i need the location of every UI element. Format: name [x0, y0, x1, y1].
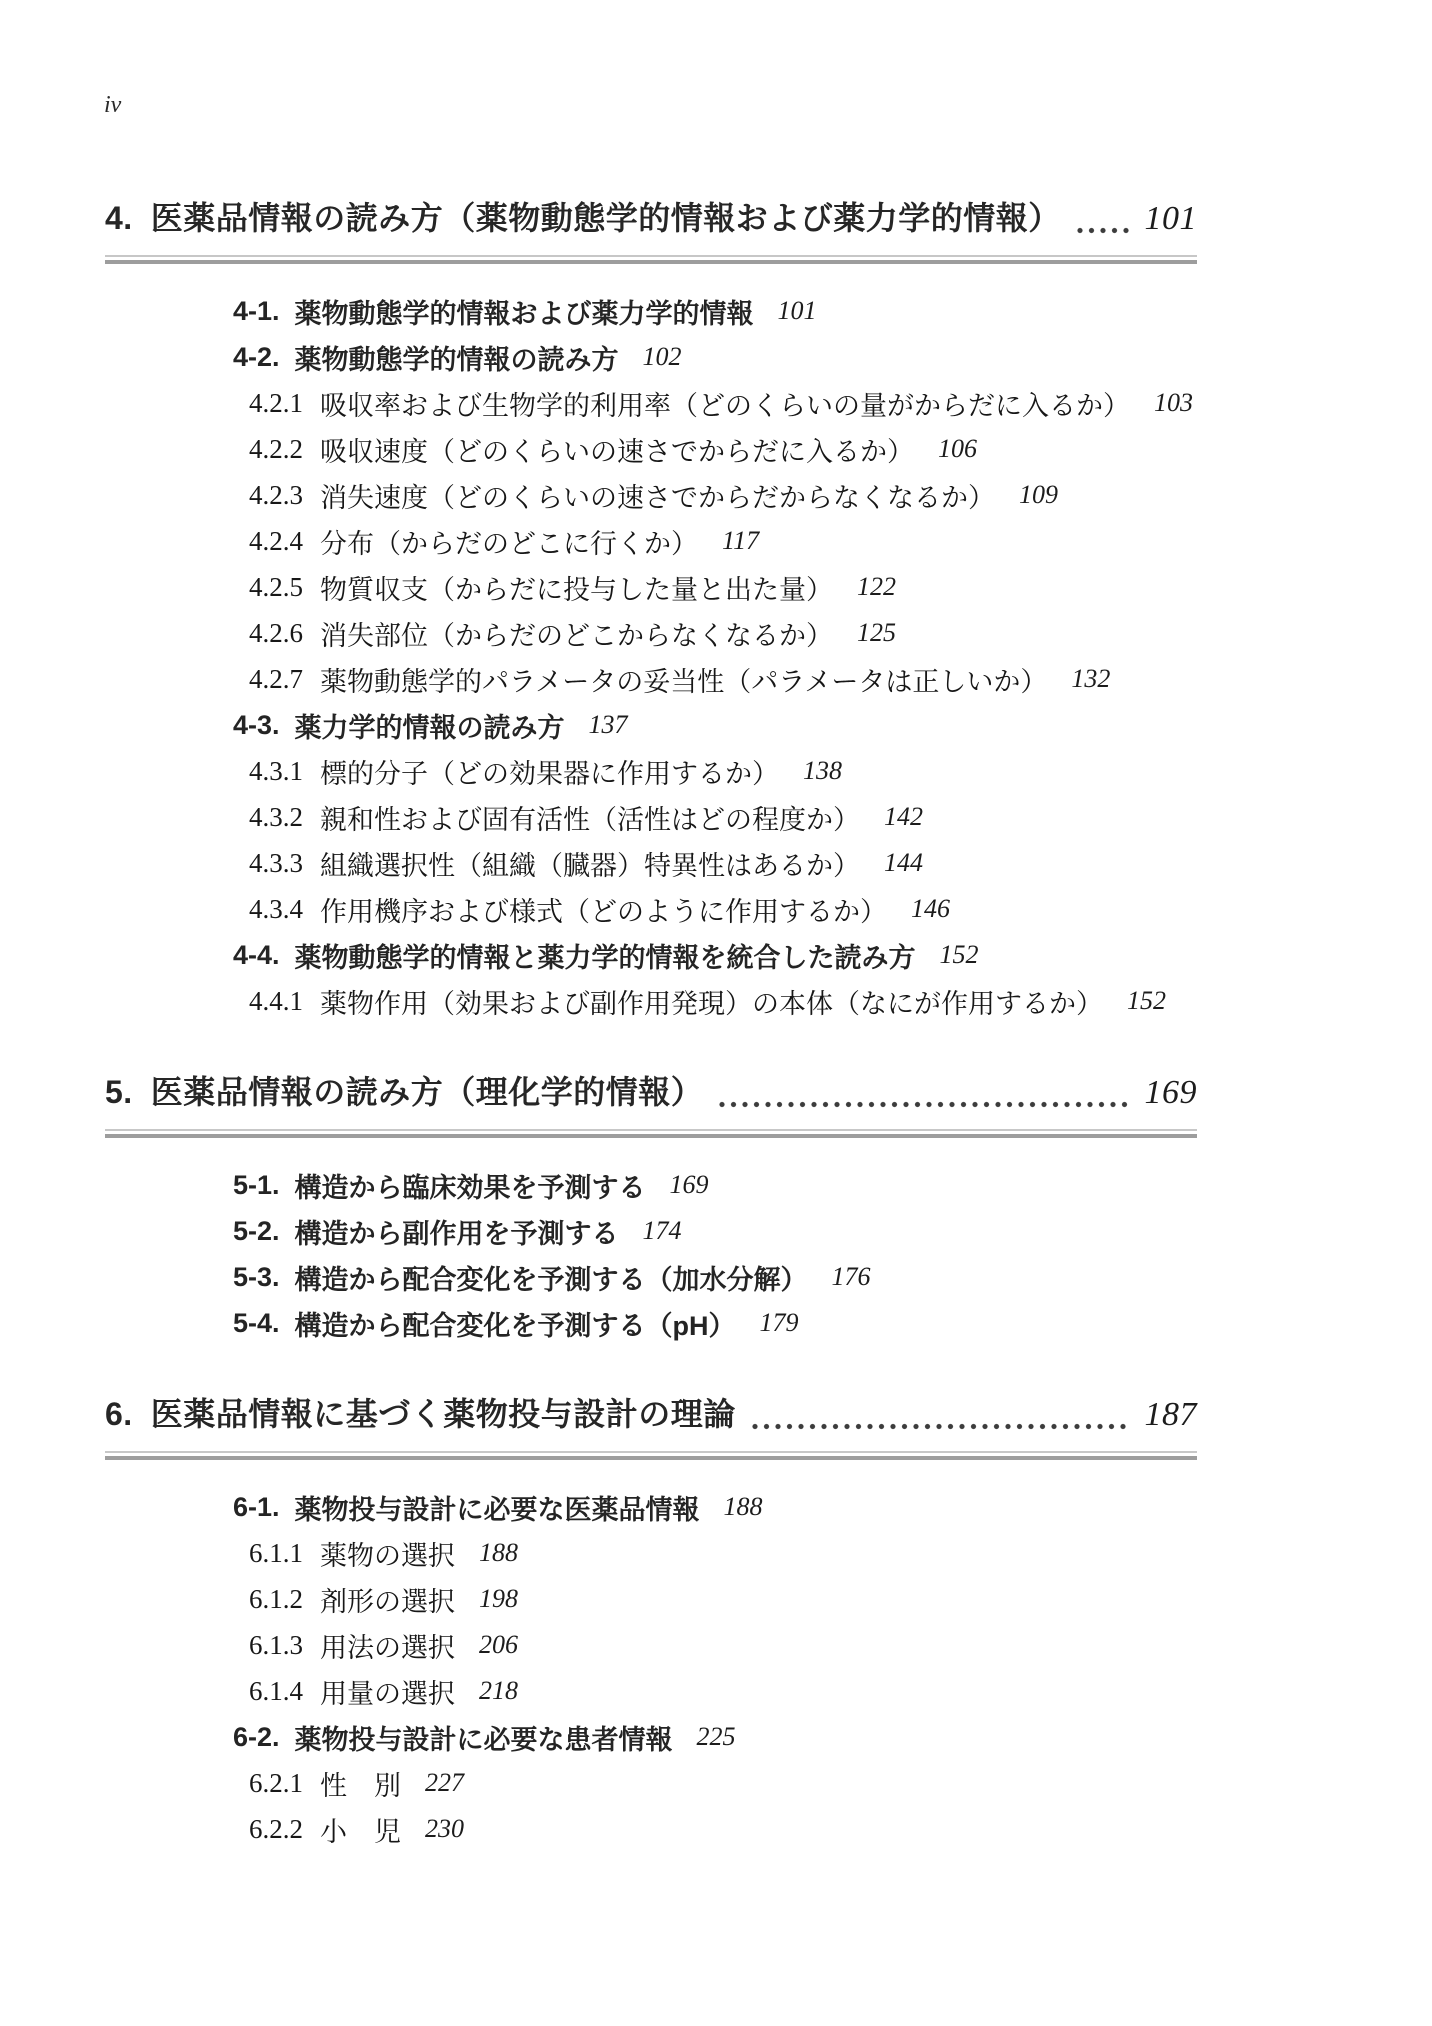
toc-entry: 4.2.5 物質収支（からだに投与した量と出た量） 122	[105, 564, 1197, 610]
entry-number: 4.2.6	[249, 618, 303, 649]
toc-entry: 4.3.2 親和性および固有活性（活性はどの程度か） 142	[105, 794, 1197, 840]
entry-page-number: 176	[832, 1262, 871, 1292]
entry-page-number: 206	[479, 1630, 518, 1660]
toc-entry: 4.2.7 薬物動態学的パラメータの妥当性（パラメータは正しいか） 132	[105, 656, 1197, 702]
chapter-page-number: 187	[1145, 1393, 1198, 1437]
entry-number: 6-2.	[233, 1722, 280, 1753]
toc-entry: 6-1. 薬物投与設計に必要な医薬品情報 188	[105, 1484, 1197, 1530]
toc-entry: 4-2. 薬物動態学的情報の読み方 102	[105, 334, 1197, 380]
heading-underline-thin	[105, 255, 1197, 257]
entry-title: 薬物投与設計に必要な医薬品情報	[295, 1488, 700, 1527]
toc-entry: 4.3.1 標的分子（どの効果器に作用するか） 138	[105, 748, 1197, 794]
entry-number: 4-2.	[233, 342, 280, 373]
entry-number: 4-3.	[233, 710, 280, 741]
toc-entry: 5-3. 構造から配合変化を予測する（加水分解） 176	[105, 1254, 1197, 1300]
entry-page-number: 218	[479, 1676, 518, 1706]
entry-page-number: 132	[1071, 664, 1110, 694]
toc-entry: 6-2. 薬物投与設計に必要な患者情報 225	[105, 1714, 1197, 1760]
entry-title: 親和性および固有活性（活性はどの程度か）	[320, 798, 860, 837]
entry-number: 4.2.3	[249, 480, 303, 511]
chapter-entries: 4-1. 薬物動態学的情報および薬力学的情報 101 4-2. 薬物動態学的情報…	[105, 288, 1197, 1024]
entry-page-number: 152	[940, 940, 979, 970]
entry-title: 薬物動態学的情報と薬力学的情報を統合した読み方	[295, 936, 916, 975]
entry-number: 4.3.3	[249, 848, 303, 879]
entry-number: 4.3.2	[249, 802, 303, 833]
chapter-heading: 5. 医薬品情報の読み方（理化学的情報） 169	[105, 1070, 1197, 1115]
entry-number: 6.2.1	[249, 1768, 303, 1799]
toc-entry: 4-3. 薬力学的情報の読み方 137	[105, 702, 1197, 748]
entry-page-number: 188	[479, 1538, 518, 1568]
entry-title: 剤形の選択	[320, 1580, 455, 1619]
entry-number: 4.2.1	[249, 388, 303, 419]
entry-title: 消失速度（どのくらいの速さでからだからなくなるか）	[320, 476, 995, 515]
entry-page-number: 174	[643, 1216, 682, 1246]
chapter-number: 6.	[105, 1392, 133, 1436]
entry-title: 構造から配合変化を予測する（pH）	[295, 1304, 736, 1343]
entry-title: 薬物動態学的情報および薬力学的情報	[295, 292, 754, 331]
entry-number: 4.3.4	[249, 894, 303, 925]
chapter-number: 5.	[105, 1070, 133, 1114]
heading-underline	[105, 1451, 1197, 1460]
entry-title: 小 児	[320, 1810, 401, 1849]
entry-page-number: 106	[938, 434, 977, 464]
chapter-heading: 4. 医薬品情報の読み方（薬物動態学的情報および薬力学的情報） 101	[105, 196, 1197, 241]
heading-underline-thick	[105, 1456, 1197, 1460]
entry-number: 4.4.1	[249, 986, 303, 1017]
entry-number: 4.2.7	[249, 664, 303, 695]
entry-title: 性 別	[320, 1764, 401, 1803]
page-number-folio: iv	[104, 92, 121, 119]
chapter-heading: 6. 医薬品情報に基づく薬物投与設計の理論 187	[105, 1392, 1197, 1437]
toc-entry: 5-4. 構造から配合変化を予測する（pH） 179	[105, 1300, 1197, 1346]
chapter-title: 医薬品情報の読み方（理化学的情報）	[151, 1070, 704, 1114]
toc-entry: 5-2. 構造から副作用を予測する 174	[105, 1208, 1197, 1254]
entry-title: 薬物投与設計に必要な患者情報	[295, 1718, 673, 1757]
entry-title: 構造から臨床効果を予測する	[295, 1166, 646, 1205]
entry-number: 5-3.	[233, 1262, 280, 1293]
entry-page-number: 122	[857, 572, 896, 602]
entry-number: 6.1.3	[249, 1630, 303, 1661]
heading-underline	[105, 1129, 1197, 1138]
entry-title: 用法の選択	[320, 1626, 455, 1665]
entry-number: 6.1.4	[249, 1676, 303, 1707]
entry-page-number: 169	[670, 1170, 709, 1200]
chapter-entries: 5-1. 構造から臨床効果を予測する 169 5-2. 構造から副作用を予測する…	[105, 1162, 1197, 1346]
entry-number: 4.2.4	[249, 526, 303, 557]
entry-number: 6.1.1	[249, 1538, 303, 1569]
toc-entry: 4.4.1 薬物作用（効果および副作用発現）の本体（なにが作用するか） 152	[105, 978, 1197, 1024]
entry-title: 構造から副作用を予測する	[295, 1212, 619, 1251]
entry-title: 消失部位（からだのどこからなくなるか）	[320, 614, 833, 653]
table-of-contents: 4. 医薬品情報の読み方（薬物動態学的情報および薬力学的情報） 101 4-1.…	[0, 196, 1432, 1852]
entry-number: 4.2.2	[249, 434, 303, 465]
toc-entry: 4.2.2 吸収速度（どのくらいの速さでからだに入るか） 106	[105, 426, 1197, 472]
entry-number: 5-2.	[233, 1216, 280, 1247]
chapter-title: 医薬品情報の読み方（薬物動態学的情報および薬力学的情報）	[151, 196, 1061, 240]
entry-page-number: 152	[1127, 986, 1166, 1016]
entry-page-number: 117	[722, 526, 759, 556]
entry-title: 分布（からだのどこに行くか）	[320, 522, 698, 561]
entry-page-number: 138	[803, 756, 842, 786]
entry-page-number: 227	[425, 1768, 464, 1798]
entry-number: 4-4.	[233, 940, 280, 971]
heading-underline-thin	[105, 1451, 1197, 1453]
entry-title: 物質収支（からだに投与した量と出た量）	[320, 568, 833, 607]
entry-page-number: 230	[425, 1814, 464, 1844]
entry-title: 標的分子（どの効果器に作用するか）	[320, 752, 779, 791]
toc-chapter: 6. 医薬品情報に基づく薬物投与設計の理論 187 6-1. 薬物投与設計に必要…	[105, 1392, 1197, 1852]
entry-number: 4.3.1	[249, 756, 303, 787]
toc-entry: 6.1.2 剤形の選択 198	[105, 1576, 1197, 1622]
entry-title: 構造から配合変化を予測する（加水分解）	[295, 1258, 808, 1297]
entry-page-number: 144	[884, 848, 923, 878]
entry-number: 5-1.	[233, 1170, 280, 1201]
entry-number: 4.2.5	[249, 572, 303, 603]
toc-chapter: 4. 医薬品情報の読み方（薬物動態学的情報および薬力学的情報） 101 4-1.…	[105, 196, 1197, 1024]
toc-entry: 4.3.4 作用機序および様式（どのように作用するか） 146	[105, 886, 1197, 932]
toc-entry: 6.2.1 性 別 227	[105, 1760, 1197, 1806]
toc-entry: 6.1.3 用法の選択 206	[105, 1622, 1197, 1668]
entry-page-number: 146	[911, 894, 950, 924]
entry-title: 用量の選択	[320, 1672, 455, 1711]
toc-entry: 4.2.6 消失部位（からだのどこからなくなるか） 125	[105, 610, 1197, 656]
dot-leader	[719, 1101, 1130, 1108]
entry-page-number: 137	[589, 710, 628, 740]
toc-entry: 5-1. 構造から臨床効果を予測する 169	[105, 1162, 1197, 1208]
entry-number: 6.1.2	[249, 1584, 303, 1615]
toc-entry: 4-1. 薬物動態学的情報および薬力学的情報 101	[105, 288, 1197, 334]
chapter-title: 医薬品情報に基づく薬物投与設計の理論	[151, 1392, 736, 1436]
chapter-page-number: 169	[1145, 1071, 1198, 1115]
heading-underline-thick	[105, 1134, 1197, 1138]
toc-entry: 4.2.1 吸収率および生物学的利用率（どのくらいの量がからだに入るか） 103	[105, 380, 1197, 426]
entry-title: 吸収速度（どのくらいの速さでからだに入るか）	[320, 430, 914, 469]
heading-underline-thick	[105, 260, 1197, 264]
entry-page-number: 102	[643, 342, 682, 372]
toc-entry: 4.2.4 分布（からだのどこに行くか） 117	[105, 518, 1197, 564]
toc-entry: 4.3.3 組織選択性（組織（臓器）特異性はあるか） 144	[105, 840, 1197, 886]
entry-title: 吸収率および生物学的利用率（どのくらいの量がからだに入るか）	[320, 384, 1130, 423]
entry-page-number: 142	[884, 802, 923, 832]
chapter-number: 4.	[105, 196, 133, 240]
toc-entry: 6.2.2 小 児 230	[105, 1806, 1197, 1852]
toc-entry: 4-4. 薬物動態学的情報と薬力学的情報を統合した読み方 152	[105, 932, 1197, 978]
toc-entry: 6.1.4 用量の選択 218	[105, 1668, 1197, 1714]
entry-title: 組織選択性（組織（臓器）特異性はあるか）	[320, 844, 860, 883]
entry-page-number: 188	[724, 1492, 763, 1522]
entry-page-number: 103	[1154, 388, 1193, 418]
chapter-entries: 6-1. 薬物投与設計に必要な医薬品情報 188 6.1.1 薬物の選択 188…	[105, 1484, 1197, 1852]
heading-underline	[105, 255, 1197, 264]
entry-title: 薬物の選択	[320, 1534, 455, 1573]
entry-title: 作用機序および様式（どのように作用するか）	[320, 890, 887, 929]
entry-title: 薬物動態学的情報の読み方	[295, 338, 619, 377]
entry-number: 6.2.2	[249, 1814, 303, 1845]
entry-page-number: 125	[857, 618, 896, 648]
entry-title: 薬物作用（効果および副作用発現）の本体（なにが作用するか）	[320, 982, 1103, 1021]
heading-underline-thin	[105, 1129, 1197, 1131]
entry-number: 5-4.	[233, 1308, 280, 1339]
entry-title: 薬力学的情報の読み方	[295, 706, 565, 745]
toc-entry: 6.1.1 薬物の選択 188	[105, 1530, 1197, 1576]
entry-page-number: 109	[1019, 480, 1058, 510]
dot-leader	[1077, 227, 1131, 234]
toc-chapter: 5. 医薬品情報の読み方（理化学的情報） 169 5-1. 構造から臨床効果を予…	[105, 1070, 1197, 1346]
entry-number: 6-1.	[233, 1492, 280, 1523]
chapter-page-number: 101	[1145, 197, 1198, 241]
entry-page-number: 179	[760, 1308, 799, 1338]
entry-number: 4-1.	[233, 296, 280, 327]
dot-leader	[752, 1423, 1131, 1430]
toc-entry: 4.2.3 消失速度（どのくらいの速さでからだからなくなるか） 109	[105, 472, 1197, 518]
entry-title: 薬物動態学的パラメータの妥当性（パラメータは正しいか）	[320, 660, 1047, 699]
entry-page-number: 225	[697, 1722, 736, 1752]
entry-page-number: 198	[479, 1584, 518, 1614]
entry-page-number: 101	[778, 296, 817, 326]
